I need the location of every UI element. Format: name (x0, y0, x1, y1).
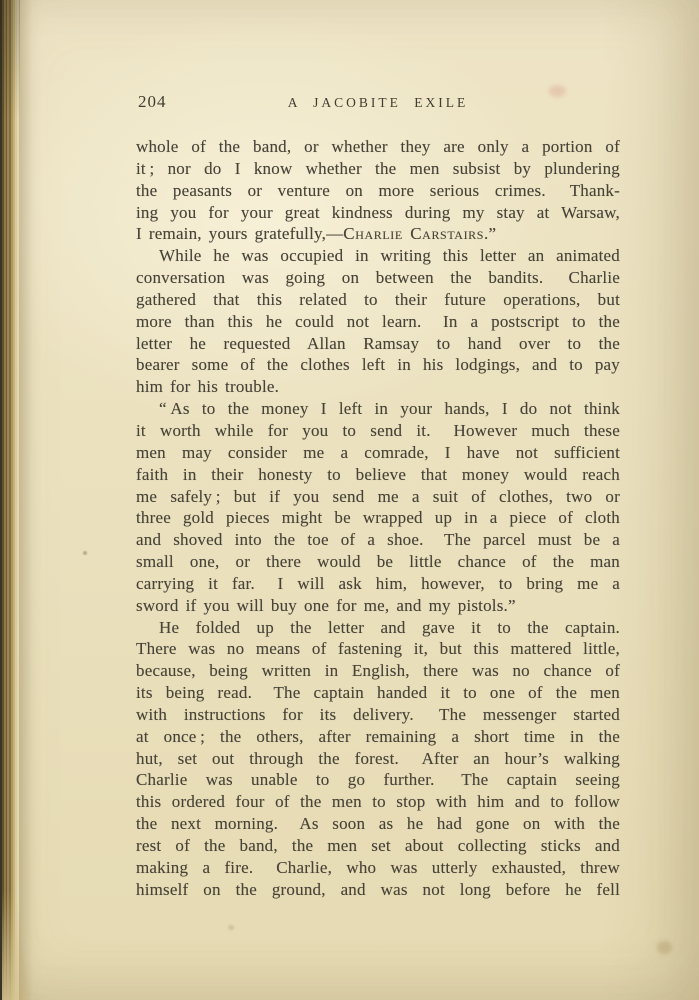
text-line: There was no means of fastening it, but … (136, 638, 620, 660)
text-line: it ; nor do I know whether the men subsi… (136, 158, 620, 180)
text-line: faith in their honesty to believe that m… (136, 464, 620, 486)
text-line: carrying it far. I will ask him, however… (136, 573, 620, 595)
paragraph: whole of the band, or whether they are o… (136, 136, 620, 245)
text-line: rest of the band, the men set about coll… (136, 835, 620, 857)
text-line: this ordered four of the men to stop wit… (136, 791, 620, 813)
text-line: hut, set out through the forest. After a… (136, 748, 620, 770)
paragraph: He folded up the letter and gave it to t… (136, 617, 620, 901)
text-segment: I remain, yours gratefully,— (136, 224, 343, 243)
text-line: ing you for your great kindness during m… (136, 202, 620, 224)
text-line: me safely ; but if you send me a suit of… (136, 486, 620, 508)
text-line: “ As to the money I left in your hands, … (136, 398, 620, 420)
running-head: 204 A JACOBITE EXILE (136, 92, 620, 114)
text-line: sword if you will buy one for me, and my… (136, 595, 620, 617)
text-line: it worth while for you to send it. Howev… (136, 420, 620, 442)
paragraph: While he was occupied in writing this le… (136, 245, 620, 398)
text-line: and shoved into the toe of a shoe. The p… (136, 529, 620, 551)
text-line: its being read. The captain handed it to… (136, 682, 620, 704)
text-line: him for his trouble. (136, 376, 620, 398)
text-line: conversation was going on between the ba… (136, 267, 620, 289)
text-line: I remain, yours gratefully,—Charlie Cars… (136, 223, 620, 245)
text-segment: .” (484, 224, 496, 243)
text-line: at once ; the others, after remaining a … (136, 726, 620, 748)
text-line: himself on the ground, and was not long … (136, 879, 620, 901)
binding-shadow (19, 0, 33, 1000)
text-line: small one, or there would be little chan… (136, 551, 620, 573)
book-title-header: A JACOBITE EXILE (288, 95, 469, 111)
paragraph: “ As to the money I left in your hands, … (136, 398, 620, 616)
text-block: whole of the band, or whether they are o… (136, 136, 620, 901)
book-binding-edge (0, 0, 20, 1000)
text-line: the peasants or venture on more serious … (136, 180, 620, 202)
text-line: men may consider me a comrade, I have no… (136, 442, 620, 464)
text-line: While he was occupied in writing this le… (136, 245, 620, 267)
text-line: three gold pieces might be wrapped up in… (136, 507, 620, 529)
text-line: gathered that this related to their futu… (136, 289, 620, 311)
text-line: making a fire. Charlie, who was utterly … (136, 857, 620, 879)
text-line: with instructions for its delivery. The … (136, 704, 620, 726)
text-line: bearer some of the clothes left in his l… (136, 354, 620, 376)
page-number: 204 (138, 92, 167, 112)
text-line: Charlie was unable to go further. The ca… (136, 769, 620, 791)
text-line: whole of the band, or whether they are o… (136, 136, 620, 158)
text-line: letter he requested Allan Ramsay to hand… (136, 333, 620, 355)
text-line: He folded up the letter and gave it to t… (136, 617, 620, 639)
text-line: more than this he could not learn. In a … (136, 311, 620, 333)
character-name: Charlie Carstairs (343, 224, 484, 243)
text-line: the next morning. As soon as he had gone… (136, 813, 620, 835)
text-line: because, being written in English, there… (136, 660, 620, 682)
